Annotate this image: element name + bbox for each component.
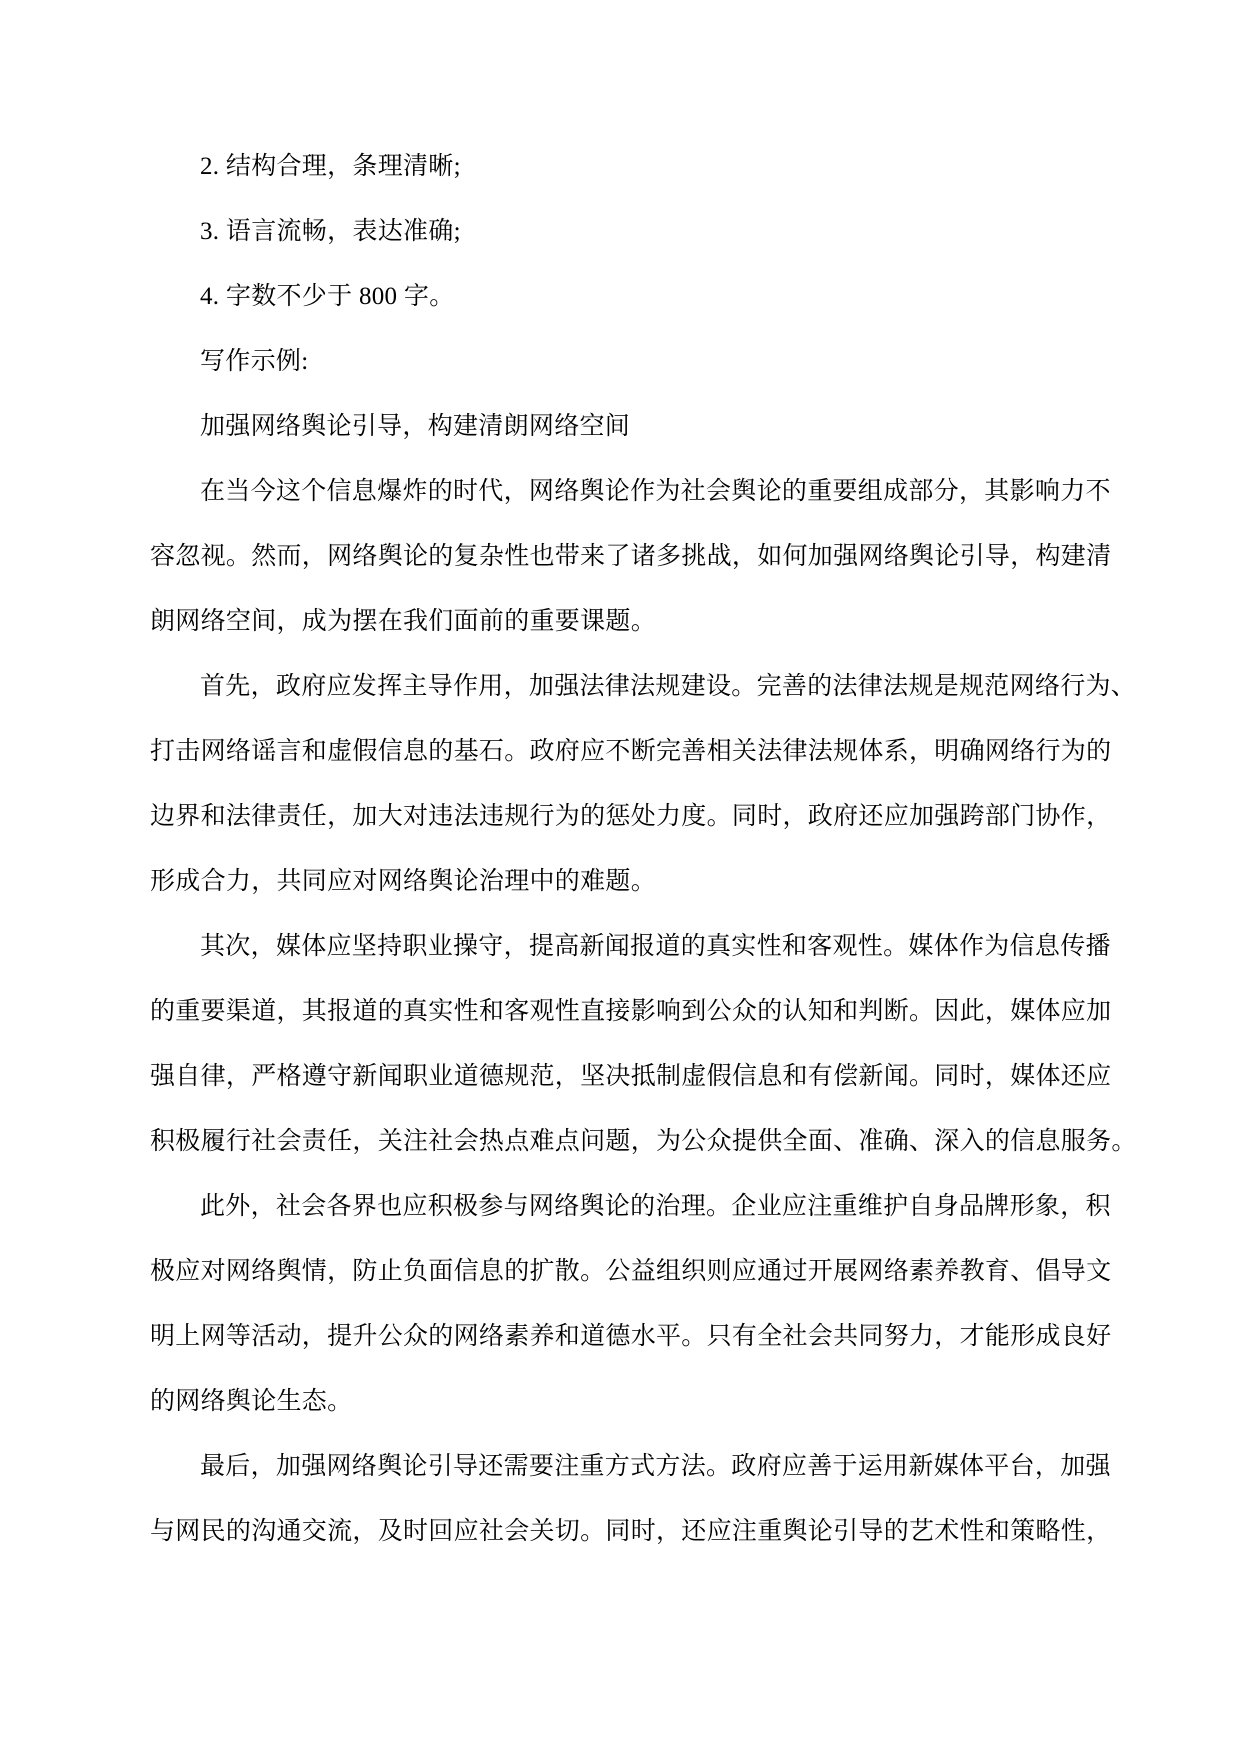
paragraph: 3. 语言流畅，表达准确; xyxy=(150,199,1110,264)
paragraph: 在当今这个信息爆炸的时代，网络舆论作为社会舆论的重要组成部分，其影响力不容忽视。… xyxy=(150,459,1110,654)
document-body: 2. 结构合理，条理清晰;3. 语言流畅，表达准确;4. 字数不少于 800 字… xyxy=(150,134,1110,1564)
paragraph: 首先，政府应发挥主导作用，加强法律法规建设。完善的法律法规是规范网络行为、打击网… xyxy=(150,654,1110,914)
paragraph: 4. 字数不少于 800 字。 xyxy=(150,264,1110,329)
text-line: 2. 结构合理，条理清晰; xyxy=(150,134,1110,199)
text-line: 容忽视。然而，网络舆论的复杂性也带来了诸多挑战，如何加强网络舆论引导，构建清 xyxy=(150,524,1110,589)
text-line: 的网络舆论生态。 xyxy=(150,1369,1110,1434)
text-line: 形成合力，共同应对网络舆论治理中的难题。 xyxy=(150,849,1110,914)
paragraph: 此外，社会各界也应积极参与网络舆论的治理。企业应注重维护自身品牌形象，积极应对网… xyxy=(150,1174,1110,1434)
paragraph: 加强网络舆论引导，构建清朗网络空间 xyxy=(150,394,1110,459)
text-line: 朗网络空间，成为摆在我们面前的重要课题。 xyxy=(150,589,1110,654)
text-line: 打击网络谣言和虚假信息的基石。政府应不断完善相关法律法规体系，明确网络行为的 xyxy=(150,719,1110,784)
paragraph: 2. 结构合理，条理清晰; xyxy=(150,134,1110,199)
paragraph: 其次，媒体应坚持职业操守，提高新闻报道的真实性和客观性。媒体作为信息传播的重要渠… xyxy=(150,914,1110,1174)
text-line: 最后，加强网络舆论引导还需要注重方式方法。政府应善于运用新媒体平台，加强 xyxy=(150,1434,1110,1499)
text-line: 极应对网络舆情，防止负面信息的扩散。公益组织则应通过开展网络素养教育、倡导文 xyxy=(150,1239,1110,1304)
text-line: 的重要渠道，其报道的真实性和客观性直接影响到公众的认知和判断。因此，媒体应加 xyxy=(150,979,1110,1044)
text-line: 强自律，严格遵守新闻职业道德规范，坚决抵制虚假信息和有偿新闻。同时，媒体还应 xyxy=(150,1044,1110,1109)
text-line: 明上网等活动，提升公众的网络素养和道德水平。只有全社会共同努力，才能形成良好 xyxy=(150,1304,1110,1369)
text-line: 积极履行社会责任，关注社会热点难点问题，为公众提供全面、准确、深入的信息服务。 xyxy=(150,1109,1110,1174)
text-line: 写作示例: xyxy=(150,329,1110,394)
text-line: 4. 字数不少于 800 字。 xyxy=(150,264,1110,329)
paragraph: 最后，加强网络舆论引导还需要注重方式方法。政府应善于运用新媒体平台，加强与网民的… xyxy=(150,1434,1110,1564)
text-line: 与网民的沟通交流，及时回应社会关切。同时，还应注重舆论引导的艺术性和策略性， xyxy=(150,1499,1110,1564)
text-line: 首先，政府应发挥主导作用，加强法律法规建设。完善的法律法规是规范网络行为、 xyxy=(150,654,1110,719)
text-line: 此外，社会各界也应积极参与网络舆论的治理。企业应注重维护自身品牌形象，积 xyxy=(150,1174,1110,1239)
text-line: 在当今这个信息爆炸的时代，网络舆论作为社会舆论的重要组成部分，其影响力不 xyxy=(150,459,1110,524)
paragraph: 写作示例: xyxy=(150,329,1110,394)
text-line: 3. 语言流畅，表达准确; xyxy=(150,199,1110,264)
text-line: 其次，媒体应坚持职业操守，提高新闻报道的真实性和客观性。媒体作为信息传播 xyxy=(150,914,1110,979)
text-line: 边界和法律责任，加大对违法违规行为的惩处力度。同时，政府还应加强跨部门协作， xyxy=(150,784,1110,849)
text-line: 加强网络舆论引导，构建清朗网络空间 xyxy=(150,394,1110,459)
